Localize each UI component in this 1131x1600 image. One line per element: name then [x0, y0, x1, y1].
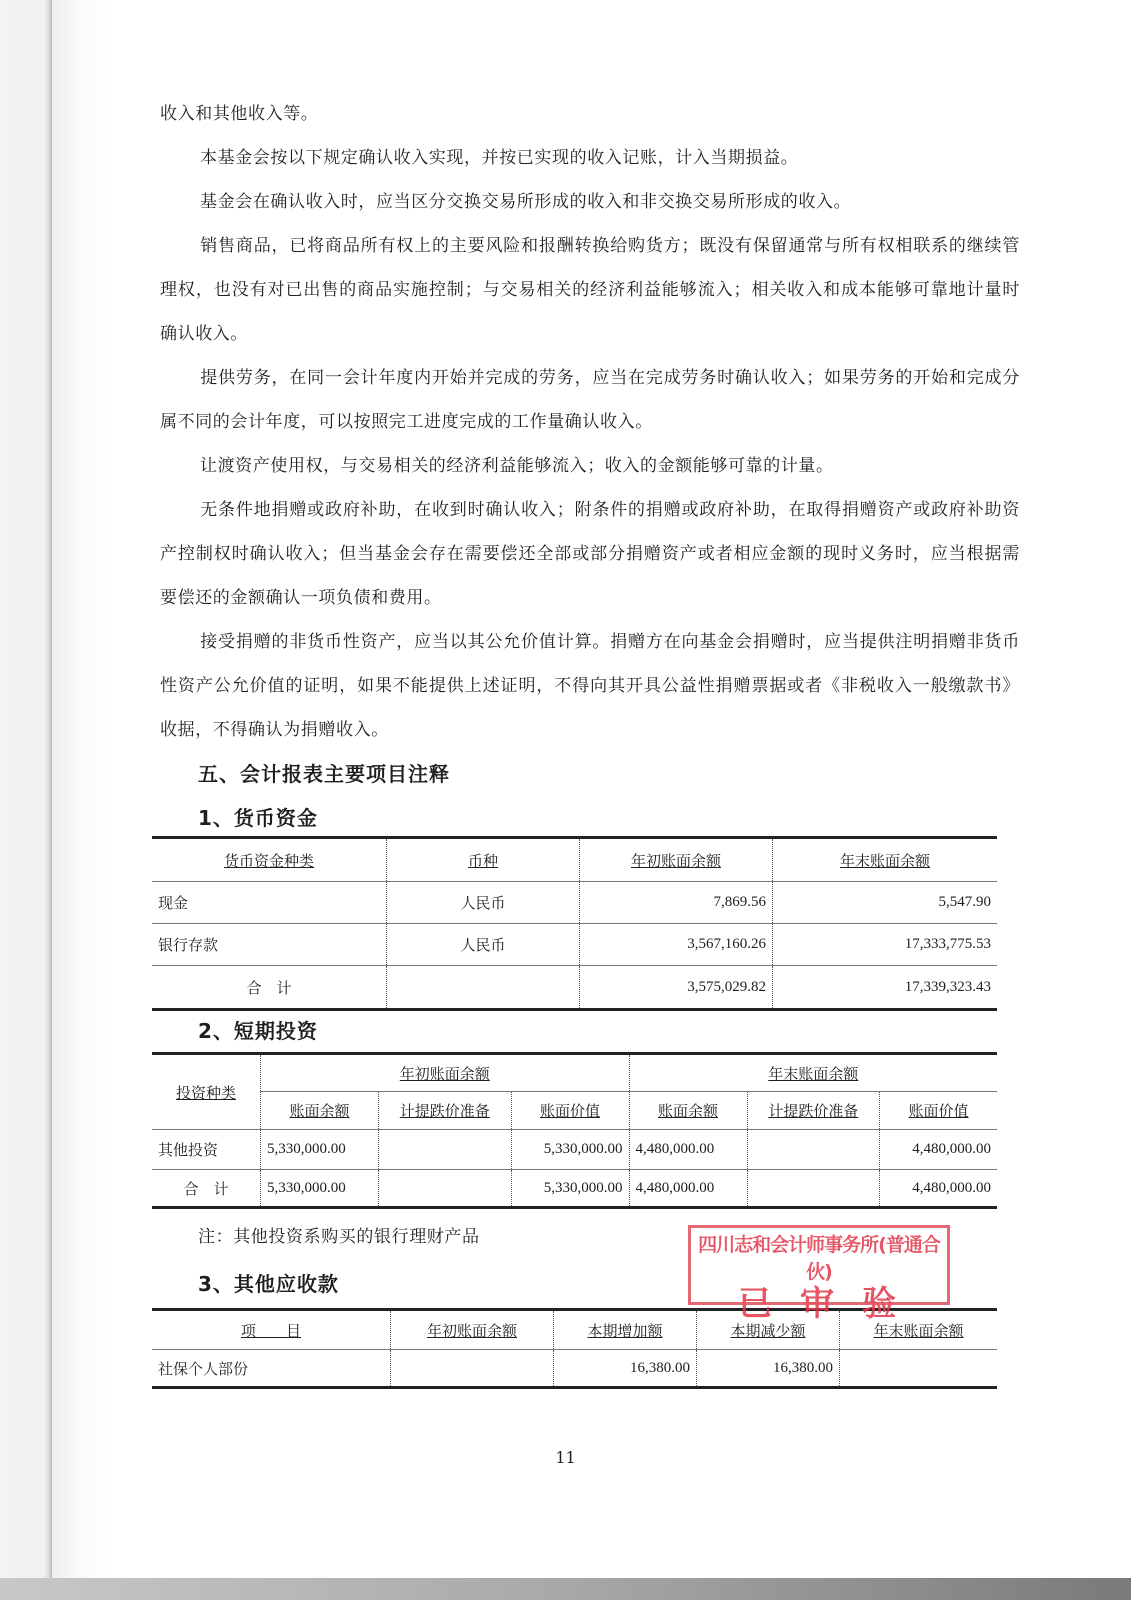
stamp-firm-name: 四川志和会计师事务所(普通合伙) [691, 1230, 947, 1284]
paragraph: 收入和其他收入等。 [160, 92, 1020, 136]
scan-left-margin [0, 0, 52, 1578]
section-title: 五、会计报表主要项目注释 [198, 758, 450, 787]
table-row: 其他投资 5,330,000.00 5,330,000.00 4,480,000… [152, 1130, 997, 1170]
paragraph: 无条件地捐赠或政府补助，在收到时确认收入；附条件的捐赠或政府补助，在取得捐赠资产… [160, 488, 1020, 620]
table-row: 银行存款 人民币 3,567,160.26 17,333,775.53 [152, 924, 997, 966]
paragraph: 本基金会按以下规定确认收入实现，并按已实现的收入记账，计入当期损益。 [160, 136, 1020, 180]
page-number: 11 [0, 1448, 1131, 1467]
investment-note: 注：其他投资系购买的银行理财产品 [198, 1222, 480, 1247]
receivables-title: 3、其他应收款 [198, 1268, 339, 1297]
scan-bottom-edge [0, 1578, 1131, 1600]
investment-title: 2、短期投资 [198, 1015, 318, 1044]
audit-stamp: 四川志和会计师事务所(普通合伙) 已审验 [688, 1225, 950, 1305]
table-row-total: 合 计 3,575,029.82 17,339,323.43 [152, 966, 997, 1010]
table-row-total: 合 计 5,330,000.00 5,330,000.00 4,480,000.… [152, 1170, 997, 1208]
cash-table: 货币资金种类 币种 年初账面余额 年末账面余额 现金 人民币 7,869.56 … [152, 836, 997, 1011]
paragraph: 销售商品，已将商品所有权上的主要风险和报酬转换给购货方；既没有保留通常与所有权相… [160, 224, 1020, 356]
paragraph: 提供劳务，在同一会计年度内开始并完成的劳务，应当在完成劳务时确认收入；如果劳务的… [160, 356, 1020, 444]
stamp-status: 已审验 [691, 1284, 947, 1324]
table-row: 现金 人民币 7,869.56 5,547.90 [152, 882, 997, 924]
paragraph: 基金会在确认收入时，应当区分交换交易所形成的收入和非交换交易所形成的收入。 [160, 180, 1020, 224]
cash-title: 1、货币资金 [198, 802, 318, 831]
table-row: 社保个人部份 16,380.00 16,380.00 [152, 1350, 997, 1388]
paragraph: 让渡资产使用权，与交易相关的经济利益能够流入；收入的金额能够可靠的计量。 [160, 444, 1020, 488]
investment-table: 投资种类 年初账面余额 年末账面余额 账面余额 计提跌价准备 账面价值 账面余额… [152, 1052, 997, 1209]
paragraph: 接受捐赠的非货币性资产，应当以其公允价值计算。捐赠方在向基金会捐赠时，应当提供注… [160, 620, 1020, 752]
